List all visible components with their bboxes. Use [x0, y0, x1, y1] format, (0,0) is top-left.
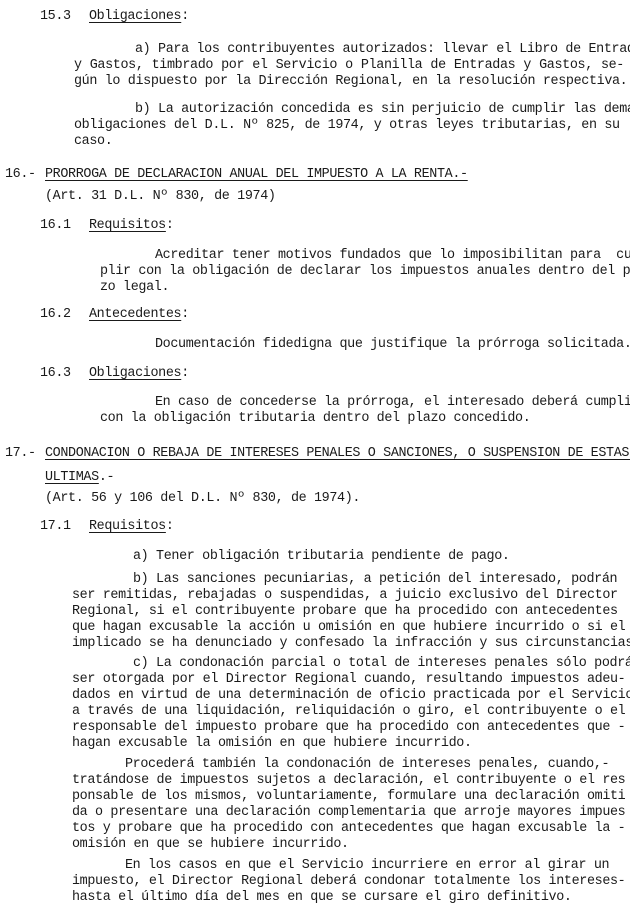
- paragraph-line: implicado se ha denunciado y confesado l…: [72, 636, 630, 652]
- paragraph-line: Regional, si el contribuyente probare qu…: [72, 604, 618, 620]
- paragraph-line: omisión en que se hubiere incurrido.: [72, 837, 349, 853]
- paragraph-line: con la obligación tributaria dentro del …: [100, 411, 530, 427]
- section-16-reference: (Art. 31 D.L. Nº 830, de 1974): [45, 189, 276, 205]
- paragraph-line: gún lo dispuesto por la Dirección Region…: [74, 74, 627, 90]
- section-16-1-heading: Requisitos:: [89, 218, 174, 234]
- paragraph-line: En los casos en que el Servicio incurrie…: [125, 858, 609, 874]
- section-16-3-number: 16.3: [40, 366, 71, 382]
- paragraph-line: b) Las sanciones pecuniarias, a petición…: [133, 572, 630, 588]
- paragraph-line: dados en virtud de una determinación de …: [72, 688, 630, 704]
- paragraph-line: a) Para los contribuyentes autorizados: …: [135, 42, 630, 58]
- paragraph-line: En caso de concederse la prórroga, el in…: [155, 395, 630, 411]
- paragraph-line: hagan excusable la omisión en que hubier…: [72, 736, 472, 752]
- paragraph-line: caso.: [74, 134, 112, 150]
- section-16-heading: PRORROGA DE DECLARACION ANUAL DEL IMPUES…: [45, 167, 468, 183]
- section-16-number: 16.-: [5, 167, 36, 183]
- section-17-1-heading: Requisitos:: [89, 519, 174, 535]
- paragraph-line: que hagan excusable la acción u omisión …: [72, 620, 625, 636]
- paragraph-line: Documentación fidedigna que justifique l…: [155, 337, 630, 353]
- paragraph-line: Acreditar tener motivos fundados que lo …: [155, 248, 630, 264]
- paragraph-line: da o presentare una declaración compleme…: [72, 805, 625, 821]
- paragraph-line: y Gastos, timbrado por el Servicio o Pla…: [74, 58, 624, 74]
- section-17-reference: (Art. 56 y 106 del D.L. Nº 830, de 1974)…: [45, 491, 360, 507]
- section-15-3-heading: Obligaciones:: [89, 9, 189, 25]
- section-17-1-number: 17.1: [40, 519, 71, 535]
- paragraph-line: tratándose de impuestos sujetos a declar…: [72, 773, 625, 789]
- paragraph-line: hasta el último día del mes en que se cu…: [72, 890, 572, 903]
- paragraph-line: impuesto, el Director Regional deberá co…: [72, 874, 625, 890]
- paragraph-line: zo legal.: [100, 280, 169, 296]
- paragraph-line: a) Tener obligación tributaria pendiente…: [133, 549, 510, 565]
- paragraph-line: tos y probare que ha procedido con antec…: [72, 821, 625, 837]
- section-16-2-heading: Antecedentes:: [89, 307, 189, 323]
- paragraph-line: ponsable de los mismos, voluntariamente,…: [72, 789, 625, 805]
- paragraph-line: a través de una liquidación, reliquidaci…: [72, 704, 625, 720]
- paragraph-line: ser remitidas, rebajadas o suspendidas, …: [72, 588, 618, 604]
- section-16-3-heading: Obligaciones:: [89, 366, 189, 382]
- paragraph-line: obligaciones del D.L. Nº 825, de 1974, y…: [74, 118, 620, 134]
- paragraph-line: c) La condonación parcial o total de int…: [133, 656, 630, 672]
- section-17-number: 17.-: [5, 446, 36, 462]
- section-17-heading-line2: ULTIMAS.-: [45, 470, 114, 486]
- section-17-heading-line1: CONDONACION O REBAJA DE INTERESES PENALE…: [45, 446, 630, 462]
- paragraph-line: ser otorgada por el Director Regional cu…: [72, 672, 625, 688]
- section-16-2-number: 16.2: [40, 307, 71, 323]
- paragraph-line: b) La autorización concedida es sin perj…: [135, 102, 630, 118]
- section-16-1-number: 16.1: [40, 218, 71, 234]
- section-15-3-number: 15.3: [40, 9, 71, 25]
- paragraph-line: Procederá también la condonación de inte…: [125, 757, 609, 773]
- paragraph-line: plir con la obligación de declarar los i…: [100, 264, 630, 280]
- paragraph-line: responsable del impuesto probare que ha …: [72, 720, 625, 736]
